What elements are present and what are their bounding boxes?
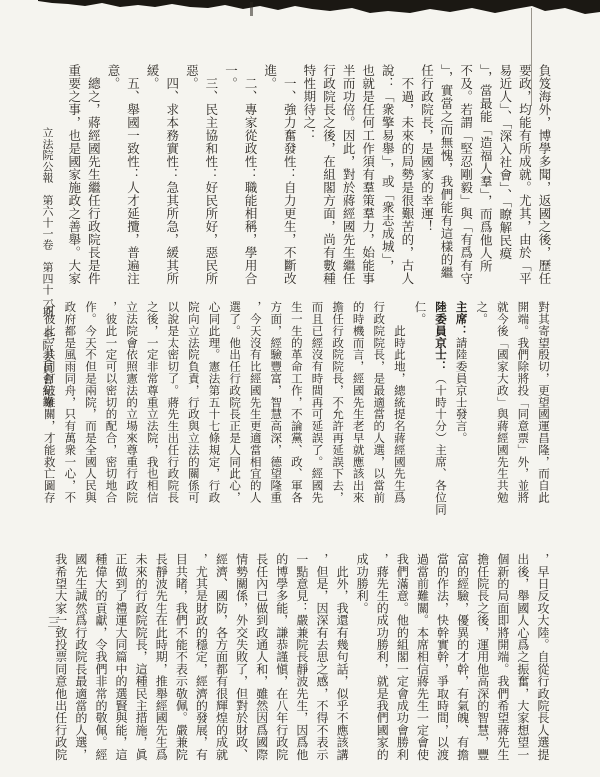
page-number: 三 bbox=[44, 612, 64, 632]
torn-paper-edge-artifact bbox=[0, 0, 600, 18]
speech-text: 對其寄望殷切，更望國運昌隆，而自此 開端。我們除將投「同意票」外，並將 就今後「… bbox=[475, 301, 549, 503]
chairman-announcement: 請陸委員京士發言。 bbox=[455, 337, 467, 444]
text-band-top: 負笈海外，博學多聞，返國之後，歷任 要政，均能有所成就。尤其，由於「平 易近人」… bbox=[43, 64, 553, 292]
text-band-middle: 對其寄望殷切，更望國運昌隆，而自此 開端。我們除將投「同意票」外，並將 就今後「… bbox=[43, 301, 553, 521]
gazette-scanned-page: 負笈海外，博學多聞，返國之後，歷任 要政，均能有所成就。尤其，由於「平 易近人」… bbox=[0, 0, 600, 777]
speaker-name-committee-member: 陸委員京士： bbox=[434, 301, 446, 372]
gazette-sidebar-title: 立法院公報 第六十一卷 第四十一期 全院委員會紀錄 bbox=[37, 127, 57, 423]
speech-continuation-text: 負笈海外，博學多聞，返國之後，歷任 要政，均能有所成就。尤其，由於「平 易近人」… bbox=[67, 64, 551, 285]
speaker-name-chairman: 主席： bbox=[455, 301, 467, 337]
text-band-bottom: ，早日反攻大陸。自從行政院長人選提 出後，舉國人心爲之振奮，大家想望一 個新的局… bbox=[38, 553, 553, 767]
speech-text: ，早日反攻大陸。自從行政院長人選提 出後，舉國人心爲之振奮，大家想望一 個新的局… bbox=[54, 553, 550, 760]
speech-text: （十時十分）主席、各位同 仁。 此時此地，總統提名蔣經國先生爲 行政院院長，是最… bbox=[43, 301, 446, 515]
